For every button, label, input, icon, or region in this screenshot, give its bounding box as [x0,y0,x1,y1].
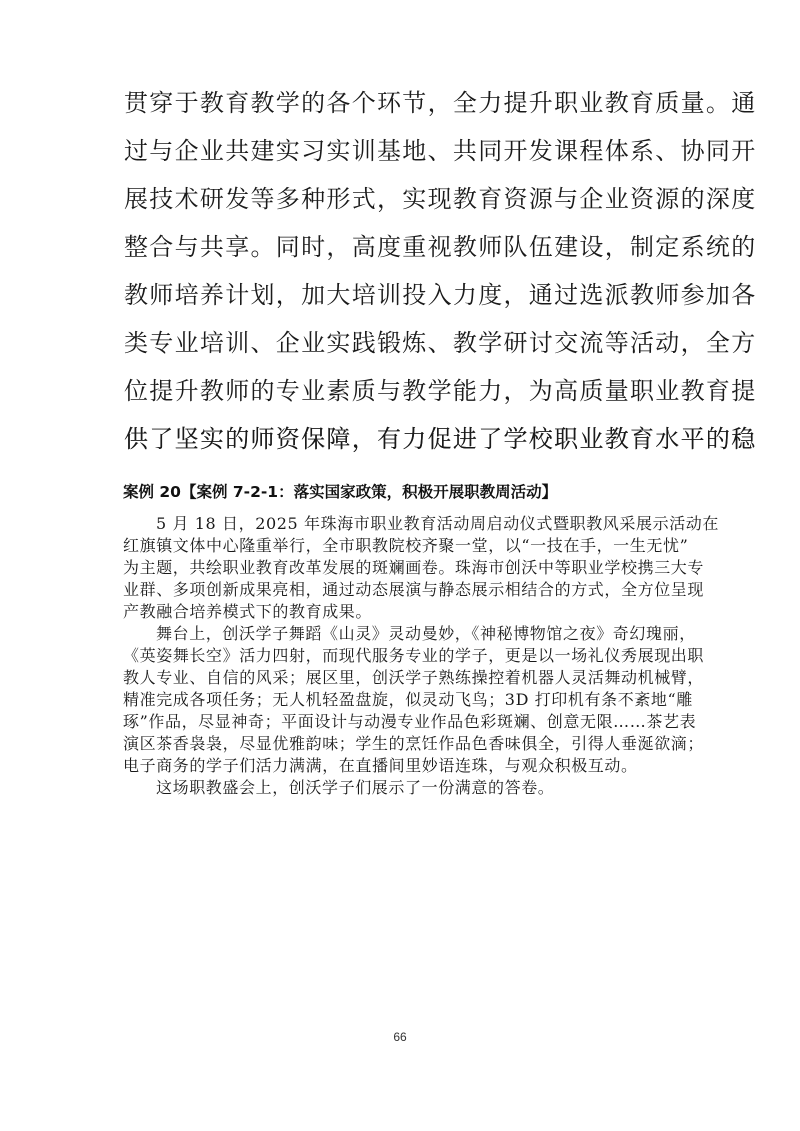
text-line: 位提升教师的专业素质与教学能力，为高质量职业教育提 [124,376,684,406]
text-line: 电子商务的学子们活力满满，在直播间里妙语连珠，与观众积极互动。 [123,755,683,777]
text-line: 演区茶香袅袅，尽显优雅韵味；学生的烹饪作品色香味俱全，引得人垂涎欲滴； [123,733,683,755]
text-line: 展技术研发等多种形式，实现教育资源与企业资源的深度 [124,184,684,214]
case-heading: 案例 20【案例 7-2-1：落实国家政策，积极开展职教周活动】 [123,480,703,504]
text-line: 这场职教盛会上，创沃学子们展示了一份满意的答卷。 [156,777,716,799]
text-line: 教师培养计划，加大培训投入力度，通过选派教师参加各 [124,280,684,310]
text-line: 业群、多项创新成果亮相，通过动态展演与静态展示相结合的方式，全方位呈现 [123,579,683,601]
text-line: 《英姿舞长空》活力四射，而现代服务专业的学子，更是以一场礼仪秀展现出职 [123,645,683,667]
text-line: 红旗镇文体中心隆重举行，全市职教院校齐聚一堂，以“一技在手，一生无忧” [123,535,683,557]
text-line: 教人专业、自信的风采；展区里，创沃学子熟练操控着机器人灵活舞动机械臂， [123,667,683,689]
text-line: 过与企业共建实习实训基地、共同开发课程体系、协同开 [124,136,684,166]
text-line: 5 月 18 日，2025 年珠海市职业教育活动周启动仪式暨职教风采展示活动在 [156,513,716,535]
text-line: 舞台上，创沃学子舞蹈《山灵》灵动曼妙，《神秘博物馆之夜》奇幻瑰丽， [156,623,716,645]
text-line: 贯穿于教育教学的各个环节，全力提升职业教育质量。通 [124,88,684,118]
text-line: 供了坚实的师资保障，有力促进了学校职业教育水平的稳 [124,424,684,454]
document-page: 贯穿于教育教学的各个环节，全力提升职业教育质量。通 过与企业共建实习实训基地、共… [0,0,800,1131]
text-line: 类专业培训、企业实践锻炼、教学研讨交流等活动，全方 [124,328,684,358]
text-line: 整合与共享。同时，高度重视教师队伍建设，制定系统的 [124,232,684,262]
text-line: 精准完成各项任务；无人机轻盈盘旋，似灵动飞鸟；3D 打印机有条不紊地“雕 [123,689,683,711]
text-line: 为主题，共绘职业教育改革发展的斑斓画卷。珠海市创沃中等职业学校携三大专 [123,557,683,579]
text-line: 产教融合培养模式下的教育成果。 [123,601,683,623]
text-line: 琢”作品，尽显神奇；平面设计与动漫专业作品色彩斑斓、创意无限……茶艺表 [123,711,683,733]
page-number: 66 [380,1030,420,1044]
